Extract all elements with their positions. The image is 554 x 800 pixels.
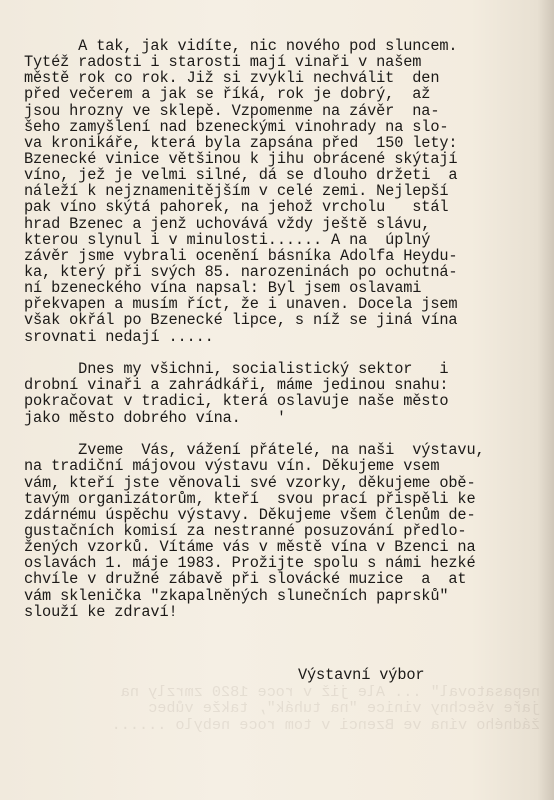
paragraph-invitation: Zveme Vás, vážení přátelé, na naši výsta…: [24, 442, 544, 620]
text-line: Bzenecké vinice většinou k jihu obrácené…: [24, 151, 544, 167]
text-line: šeho zamyšlení nad bzeneckými vinohrady …: [24, 119, 544, 135]
text-line: však okřál po Bzenecké lipce, s níž se j…: [24, 312, 544, 328]
bleed-line: jaře všechny vinice "na tuhák", takže vů…: [60, 700, 540, 716]
text-line: vám sklenička "zkapalněných slunečních p…: [24, 588, 544, 604]
document-page: nepasatoval" ... Ale již v roce 1820 zmr…: [0, 0, 554, 800]
document-body: A tak, jak vidíte, nic nového pod slunce…: [24, 38, 544, 620]
text-line: zdárnému úspěchu výstavy. Děkujeme všem …: [24, 507, 544, 523]
text-line: tavým organizátorům, kteří svou prací př…: [24, 491, 544, 507]
text-line: oslavách 1. máje 1983. Prožijte spolu s …: [24, 555, 544, 571]
text-line: A tak, jak vidíte, nic nového pod slunce…: [24, 38, 544, 54]
paragraph-tradition: Dnes my všichni, socialistický sektor id…: [24, 361, 544, 426]
text-line: hrad Bzenec a jenž uchovává vždy ještě s…: [24, 216, 544, 232]
text-line: městě rok co rok. Již si zvykli nechváli…: [24, 70, 544, 86]
text-line: gustačních komisí za nestranné posuzován…: [24, 523, 544, 539]
bleed-line: nepasatoval" ... Ale již v roce 1820 zmr…: [60, 684, 540, 700]
text-line: drobní vinaři a zahrádkáři, máme jedinou…: [24, 377, 544, 393]
text-line: jako město dobrého vína. ': [24, 410, 544, 426]
text-line: ka, který při svých 85. narozeninách po …: [24, 264, 544, 280]
text-line: va kronikáře, která byla zapsána před 15…: [24, 135, 544, 151]
text-line: jsou hrozny ve sklepě. Vzpomenme na závě…: [24, 103, 544, 119]
text-line: srovnati nedají .....: [24, 329, 544, 345]
text-line: kterou slynul i v minulosti...... A na ú…: [24, 232, 544, 248]
text-line: Zveme Vás, vážení přátelé, na naši výsta…: [24, 442, 544, 458]
text-line: Tytéž radosti i starosti mají vinaři v n…: [24, 54, 544, 70]
text-line: Dnes my všichni, socialistický sektor i: [24, 361, 544, 377]
paragraph-gap: [24, 426, 544, 443]
text-line: žených vzorků. Vítáme vás v městě vína v…: [24, 539, 544, 555]
text-line: závěr jsme vybrali ocenění básníka Adolf…: [24, 248, 544, 264]
paragraph-gap: [24, 345, 544, 362]
paragraph-intro: A tak, jak vidíte, nic nového pod slunce…: [24, 38, 544, 345]
text-line: překvapen a musím říct, že i unaven. Doc…: [24, 296, 544, 312]
text-line: pokračovat v tradici, která oslavuje naš…: [24, 393, 544, 409]
text-line: náleží k nejznamenitějším v celé zemi. N…: [24, 183, 544, 199]
text-line: ní bzeneckého vína napsal: Byl jsem osla…: [24, 280, 544, 296]
text-line: vám, kteří jste věnovali své vzorky, děk…: [24, 475, 544, 491]
text-line: na tradiční májovou výstavu vín. Děkujem…: [24, 458, 544, 474]
bleed-line: žádného vína ve Bzenci v tom roce nebylo…: [60, 717, 540, 733]
signature: Výstavní výbor: [298, 666, 424, 684]
text-line: pak víno skýtá pahorek, na jehož vrcholu…: [24, 199, 544, 215]
text-line: slouží ke zdraví!: [24, 604, 544, 620]
text-line: víno, jež je velmi silné, dá se dlouho d…: [24, 167, 544, 183]
bleed-through-text: nepasatoval" ... Ale již v roce 1820 zmr…: [60, 684, 540, 733]
text-line: před večerem a jak se říká, rok je dobrý…: [24, 86, 544, 102]
text-line: chvíle v družné zábavě při slovácké muzi…: [24, 571, 544, 587]
